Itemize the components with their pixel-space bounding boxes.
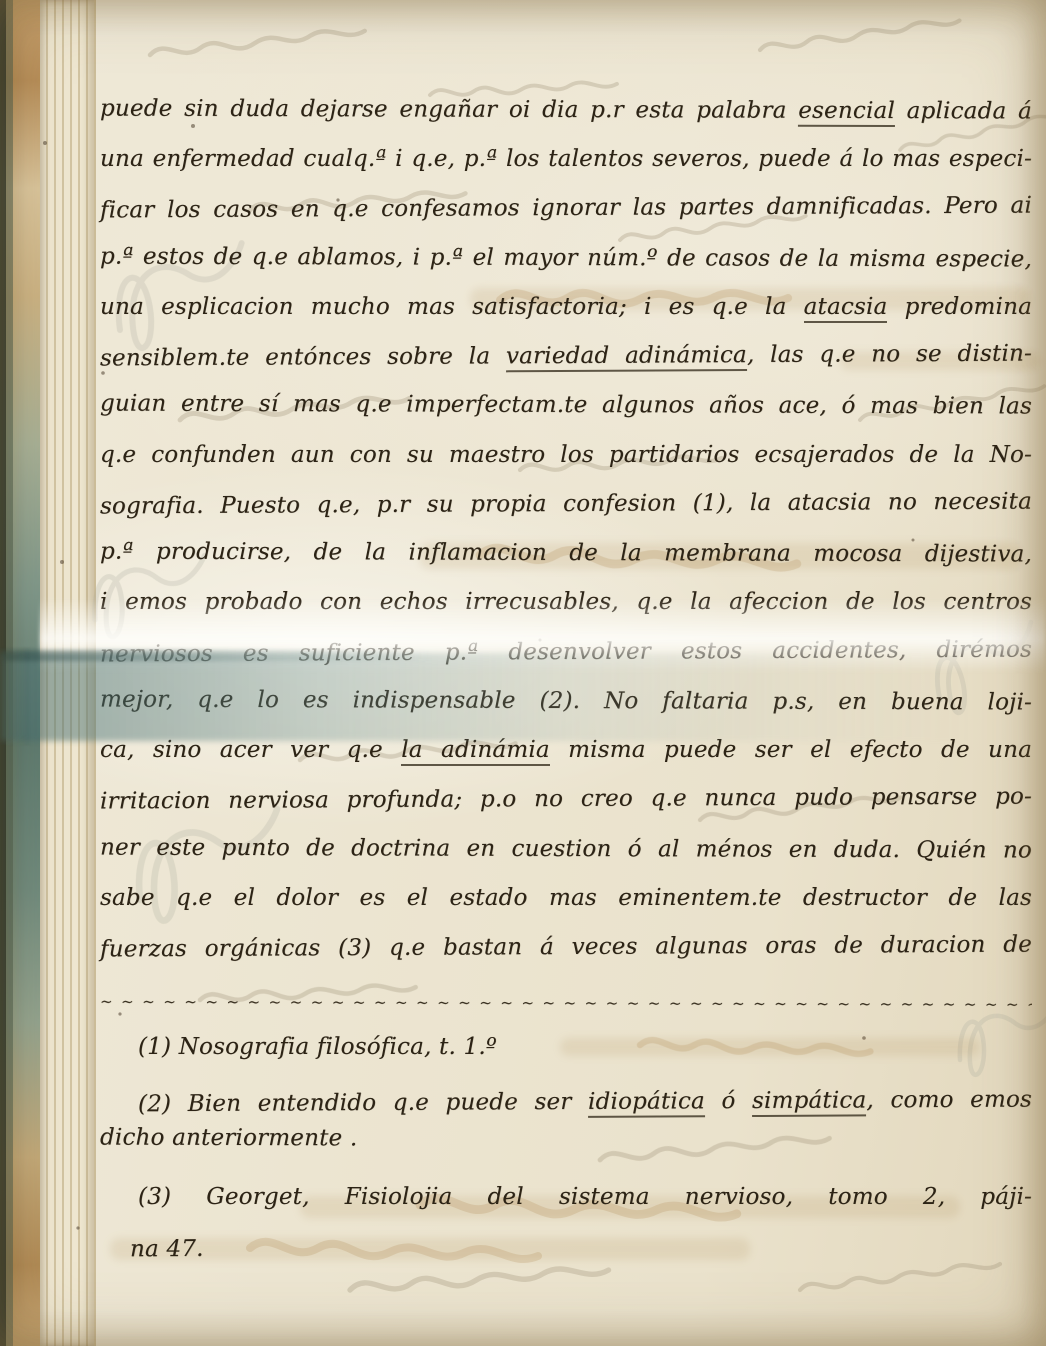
manuscript-line-13: mejor, q.e lo es indispensable (2). No f…	[100, 685, 1032, 719]
line-text: una enfermedad cualq.ª i q.e, p.ª los ta…	[100, 146, 1032, 172]
line-text: (2) Bien entendido q.e puede ser	[138, 1089, 588, 1117]
line-text: ficar los casos en q.e confesamos ignora…	[100, 193, 1032, 224]
line-text: ner este punto de doctrina en cuestion ó…	[100, 835, 1032, 864]
manuscript-line-4: p.ª estos de q.e ablamos, i p.ª el mayor…	[100, 242, 1032, 276]
line-text: p.ª producirse, de la inflamacion de la …	[100, 539, 1032, 568]
line-text: misma puede ser el efecto de una	[550, 737, 1032, 763]
underlined-term: simpática	[752, 1087, 867, 1117]
line-text: (3) Georget, Fisiolojia del sistema nerv…	[138, 1184, 1032, 1210]
footnote-line-3: (3) Georget, Fisiolojia del sistema nerv…	[100, 1182, 1032, 1213]
underlined-term: la adinámia	[401, 737, 550, 766]
footnote-line-2: (2) Bien entendido q.e puede ser idiopát…	[100, 1085, 1032, 1121]
line-text: i emos probado con echos irrecusables, q…	[100, 589, 1032, 615]
line-text: fuerzas orgánicas (3) q.e bastan á veces…	[100, 932, 1032, 963]
line-text: nerviosos es suficiente p.ª desenvolver …	[100, 637, 1032, 668]
manuscript-text: puede sin duda dejarse engañar oi dia p.…	[0, 0, 1046, 1346]
manuscript-line-15: irritacion nerviosa profunda; p.o no cre…	[100, 782, 1032, 818]
manuscript-line-12: nerviosos es suficiente p.ª desenvolver …	[100, 635, 1032, 671]
manuscript-line-3: ficar los casos en q.e confesamos ignora…	[100, 191, 1032, 227]
line-text: predomina	[887, 294, 1032, 320]
footnote-line-3-continued: na 47.	[100, 1230, 1032, 1266]
manuscript-line-1: puede sin duda dejarse engañar oi dia p.…	[100, 94, 1032, 128]
manuscript-line-17: sabe q.e el dolor es el estado mas emine…	[100, 883, 1032, 914]
underlined-term: esencial	[798, 98, 895, 127]
line-text: sensiblem.te entónces sobre la	[100, 343, 506, 371]
manuscript-line-18: fuerzas orgánicas (3) q.e bastan á veces…	[100, 930, 1032, 966]
line-text: ó	[705, 1088, 752, 1114]
manuscript-line-14: ca, sino acer ver q.e la adinámia misma …	[100, 735, 1032, 766]
manuscript-photo: puede sin duda dejarse engañar oi dia p.…	[0, 0, 1046, 1346]
line-text: (1) Nosografia filosófica, t. 1.º	[138, 1034, 497, 1060]
footnote-divider: ~~~~~~~~~~~~~~~~~~~~~~~~~~~~~~~~~~~~~~~~…	[100, 987, 1032, 1021]
manuscript-line-8: q.e confunden aun con su maestro los par…	[100, 440, 1032, 471]
line-text: dicho anteriormente .	[100, 1125, 358, 1152]
line-text: , como emos	[866, 1087, 1032, 1114]
underlined-term: atacsia	[804, 294, 888, 323]
line-text: q.e confunden aun con su maestro los par…	[100, 442, 1032, 468]
line-text: irritacion nerviosa profunda; p.o no cre…	[100, 784, 1032, 815]
manuscript-line-5: una esplicacion mucho mas satisfactoria;…	[100, 292, 1032, 323]
line-text: p.ª estos de q.e ablamos, i p.ª el mayor…	[100, 244, 1032, 273]
underlined-term: idiopática	[588, 1088, 705, 1118]
manuscript-line-9: sografia. Puesto q.e, p.r su propia conf…	[100, 487, 1032, 523]
line-text: , las q.e no se distin-	[747, 341, 1032, 368]
line-text: aplicada á	[895, 98, 1032, 124]
line-text: na 47.	[130, 1236, 204, 1262]
line-text: guian entre sí mas q.e imperfectam.te al…	[100, 391, 1032, 420]
manuscript-line-2: una enfermedad cualq.ª i q.e, p.ª los ta…	[100, 144, 1032, 175]
underlined-term: variedad adinámica	[506, 342, 747, 372]
manuscript-line-16: ner este punto de doctrina en cuestion ó…	[100, 833, 1032, 867]
line-text: puede sin duda dejarse engañar oi dia p.…	[100, 96, 798, 124]
line-text: sabe q.e el dolor es el estado mas emine…	[100, 885, 1032, 911]
line-text: sografia. Puesto q.e, p.r su propia conf…	[100, 489, 1032, 520]
manuscript-line-11: i emos probado con echos irrecusables, q…	[100, 587, 1032, 618]
footnote-line-1: (1) Nosografia filosófica, t. 1.º	[100, 1032, 1032, 1063]
footnote-line-2-continued: dicho anteriormente .	[100, 1123, 1032, 1157]
line-text: mejor, q.e lo es indispensable (2). No f…	[100, 687, 1032, 716]
manuscript-line-10: p.ª producirse, de la inflamacion de la …	[100, 537, 1032, 571]
line-text: ca, sino acer ver q.e	[100, 737, 401, 763]
line-text: una esplicacion mucho mas satisfactoria;…	[100, 294, 804, 320]
manuscript-line-7: guian entre sí mas q.e imperfectam.te al…	[100, 389, 1032, 423]
manuscript-line-6: sensiblem.te entónces sobre la variedad …	[100, 339, 1032, 375]
